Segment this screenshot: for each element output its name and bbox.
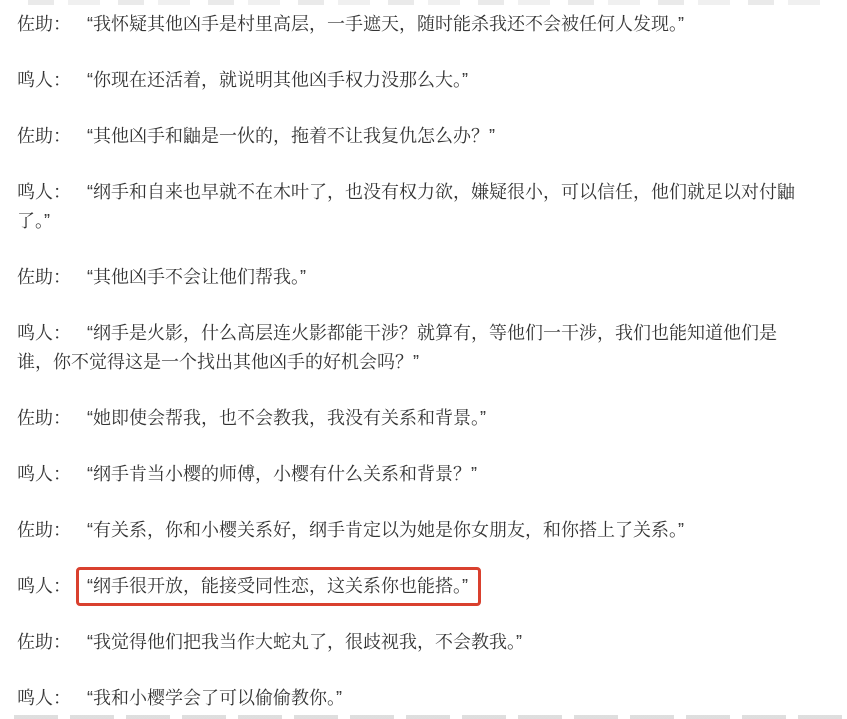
dialogue-line: 鸣人：“你现在还活着，就说明其他凶手权力没那么大。”: [17, 66, 802, 95]
cropped-text-artifact-top: [28, 0, 829, 5]
dialogue-line: 鸣人：“纲手很开放，能接受同性恋，这关系你也能搭。”: [17, 572, 802, 601]
dialogue-line: 佐助：“她即使会帮我，也不会教我，我没有关系和背景。”: [17, 404, 802, 433]
dialogue-quote: “其他凶手和鼬是一伙的，拖着不让我复仇怎么办？”: [87, 126, 495, 146]
dialogue-line: 佐助：“其他凶手和鼬是一伙的，拖着不让我复仇怎么办？”: [17, 122, 802, 151]
dialogue-line: 佐助：“我怀疑其他凶手是村里高层，一手遮天，随时能杀我还不会被任何人发现。”: [17, 10, 802, 39]
speaker-name: 鸣人：: [17, 688, 71, 708]
speaker-name: 佐助：: [17, 267, 71, 287]
dialogue-line: 佐助：“有关系，你和小樱关系好，纲手肯定以为她是你女朋友，和你搭上了关系。”: [17, 516, 802, 545]
dialogue-line: 鸣人：“纲手和自来也早就不在木叶了，也没有权力欲，嫌疑很小，可以信任，他们就足以…: [17, 178, 802, 236]
speaker-name: 鸣人：: [17, 182, 71, 202]
dialogue-quote: “纲手和自来也早就不在木叶了，也没有权力欲，嫌疑很小，可以信任，他们就足以对付鼬…: [17, 182, 795, 231]
speaker-name: 佐助：: [17, 520, 71, 540]
dialogue-quote: “你现在还活着，就说明其他凶手权力没那么大。”: [87, 70, 468, 90]
speaker-name: 鸣人：: [17, 70, 71, 90]
speaker-name: 鸣人：: [17, 323, 71, 343]
dialogue-line: 鸣人：“纲手是火影，什么高层连火影都能干涉？就算有，等他们一干涉，我们也能知道他…: [17, 319, 802, 377]
speaker-name: 佐助：: [17, 126, 71, 146]
speaker-name: 佐助：: [17, 14, 71, 34]
speaker-name: 佐助：: [17, 632, 71, 652]
speaker-name: 鸣人：: [17, 464, 71, 484]
highlighted-quote: “纲手很开放，能接受同性恋，这关系你也能搭。”: [76, 567, 481, 606]
dialogue-quote: “我怀疑其他凶手是村里高层，一手遮天，随时能杀我还不会被任何人发现。”: [87, 14, 684, 34]
dialogue-quote: “纲手肯当小樱的师傅，小樱有什么关系和背景？”: [87, 464, 477, 484]
dialogue-quote: “纲手是火影，什么高层连火影都能干涉？就算有，等他们一干涉，我们也能知道他们是谁…: [17, 323, 777, 372]
dialogue-line: 鸣人：“我和小樱学会了可以偷偷教你。”: [17, 684, 802, 713]
dialogue-quote: “她即使会帮我，也不会教我，我没有关系和背景。”: [87, 408, 486, 428]
dialogue-quote: “其他凶手不会让他们帮我。”: [87, 267, 306, 287]
dialogue-line: 鸣人：“纲手肯当小樱的师傅，小樱有什么关系和背景？”: [17, 460, 802, 489]
dialogue-quote: “有关系，你和小樱关系好，纲手肯定以为她是你女朋友，和你搭上了关系。”: [87, 520, 684, 540]
speaker-name: 鸣人：: [17, 576, 71, 596]
dialogue-list: 佐助：“我怀疑其他凶手是村里高层，一手遮天，随时能杀我还不会被任何人发现。”鸣人…: [17, 10, 802, 713]
dialogue-quote: “我觉得他们把我当作大蛇丸了，很歧视我，不会教我。”: [87, 632, 522, 652]
cropped-text-artifact-bottom: [14, 715, 843, 719]
speaker-name: 佐助：: [17, 408, 71, 428]
dialogue-quote: “我和小樱学会了可以偷偷教你。”: [87, 688, 342, 708]
dialogue-document: 佐助：“我怀疑其他凶手是村里高层，一手遮天，随时能杀我还不会被任何人发现。”鸣人…: [0, 0, 847, 719]
dialogue-line: 佐助：“其他凶手不会让他们帮我。”: [17, 263, 802, 292]
page: { "page": { "background_color": "#ffffff…: [0, 0, 847, 719]
dialogue-line: 佐助：“我觉得他们把我当作大蛇丸了，很歧视我，不会教我。”: [17, 628, 802, 657]
